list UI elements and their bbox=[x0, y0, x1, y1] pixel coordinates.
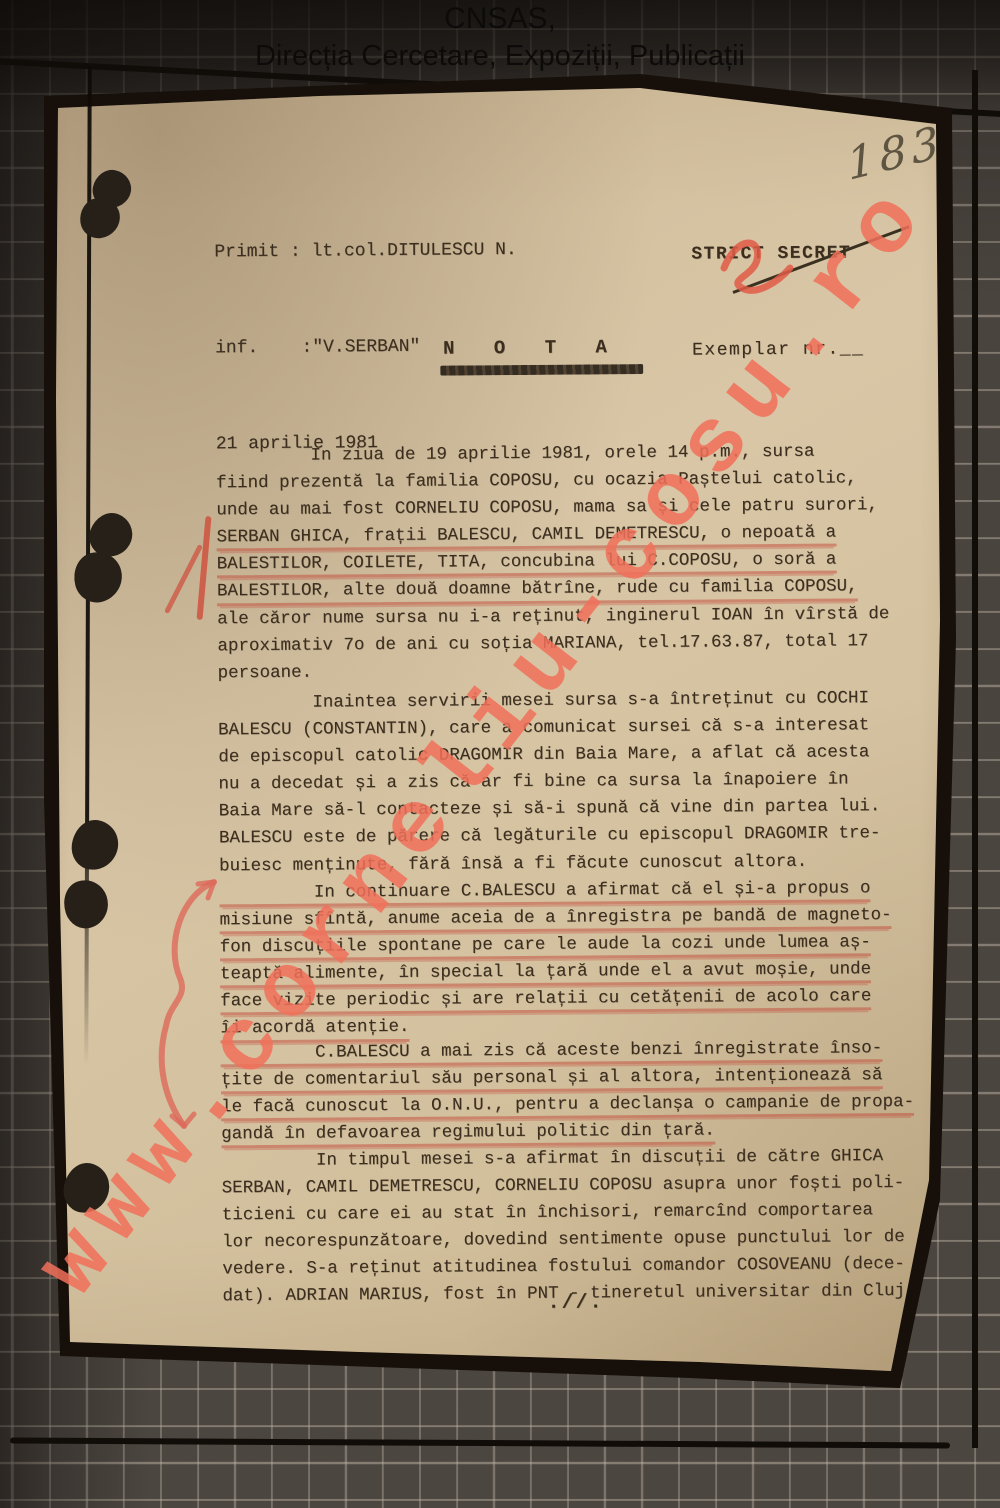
title-underline bbox=[440, 364, 643, 376]
paragraph: C.BALESCU a mai zis că aceste benzi înre… bbox=[221, 1035, 915, 1149]
archive-header-line1: CNSAS, bbox=[0, 2, 1000, 36]
received-by-line: Primit : lt.col.DITULESCU N. bbox=[214, 234, 517, 268]
archive-header-line2: Direcția Cercetare, Expoziții, Publicați… bbox=[0, 40, 1000, 73]
document-line: buiesc menținute, fără însă a fi făcute … bbox=[219, 848, 807, 880]
frame-edge-right bbox=[972, 70, 978, 1448]
paragraph: In timpul mesei s-a afirmat în discuții … bbox=[221, 1143, 905, 1311]
document-line-red-underlined: le facă cunoscut la O.N.U., pentru a dec… bbox=[221, 1089, 914, 1122]
document-line: persoane. bbox=[218, 659, 313, 687]
scanned-document-photo: { "header": { "line1": "CNSAS,", "line2"… bbox=[0, 0, 1000, 1508]
page-continuation-mark: .//. bbox=[547, 1291, 603, 1314]
document-title: N O T A bbox=[443, 336, 621, 359]
